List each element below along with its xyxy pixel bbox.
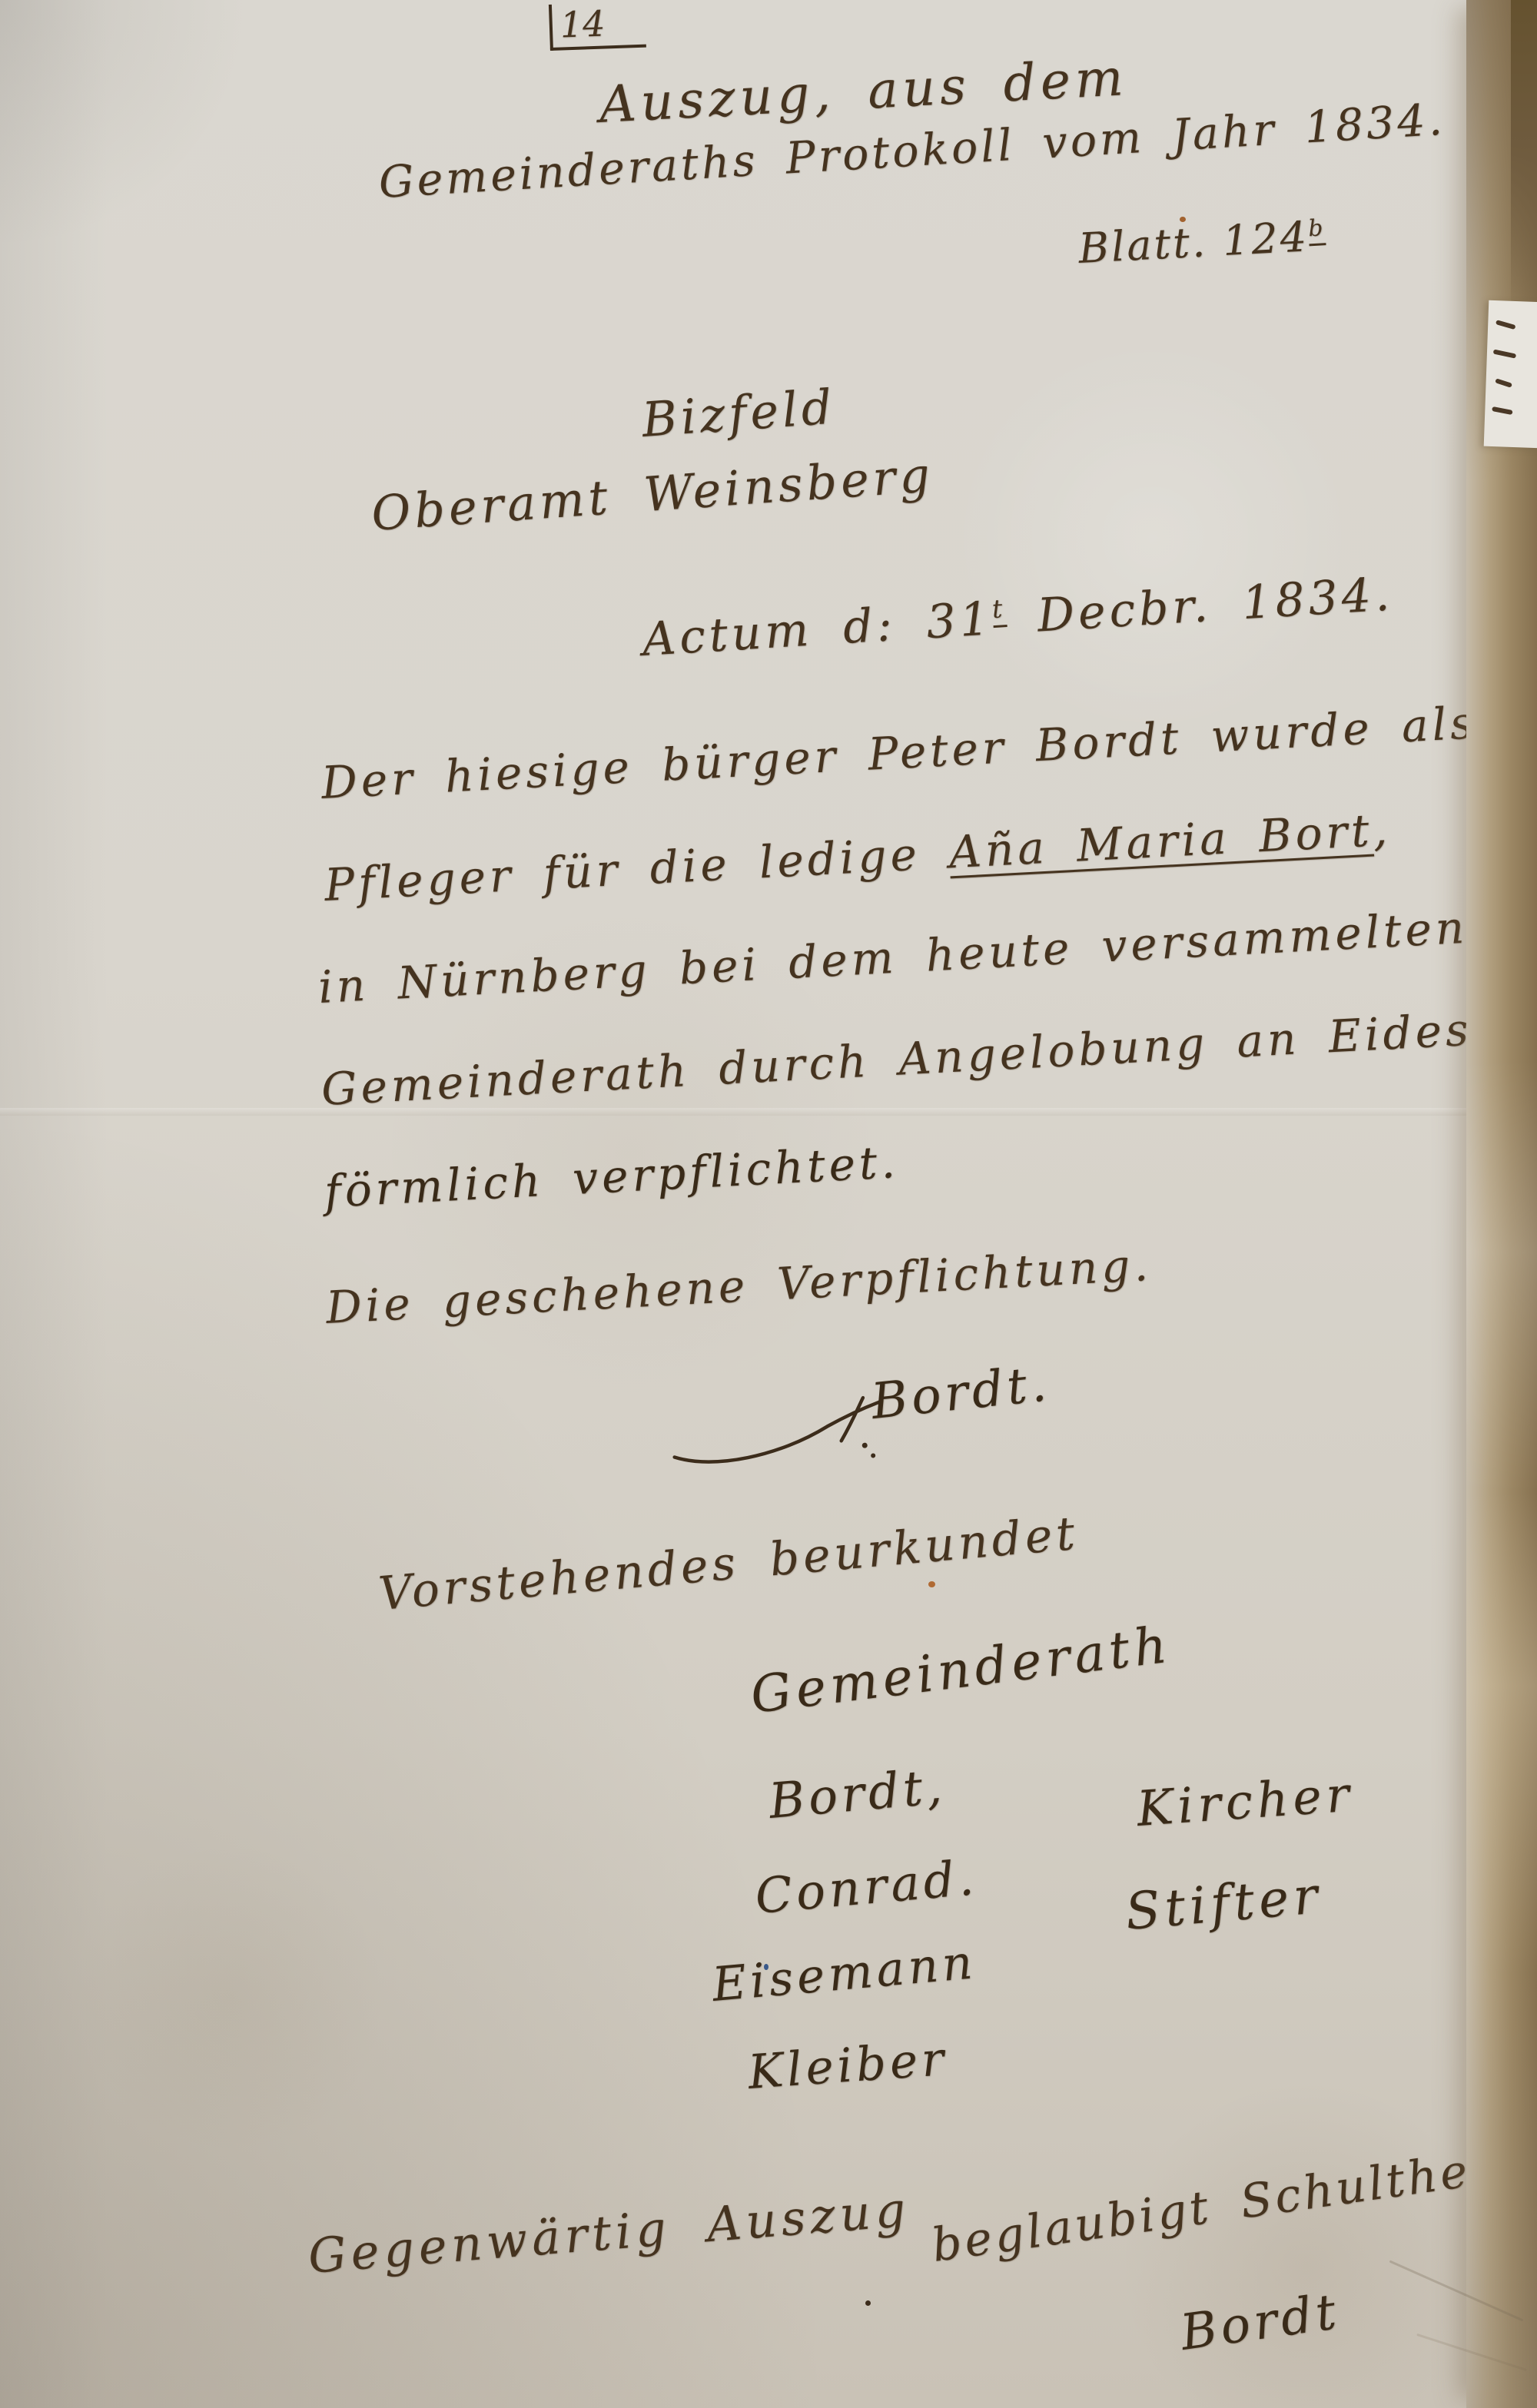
- oberamt-line: Oberamt Weinsberg: [370, 446, 935, 542]
- manuscript-page: 14 Auszug, aus dem Gemeinderaths Protoko…: [0, 0, 1537, 2408]
- actum-pre: Actum d: 31: [641, 592, 994, 667]
- body-line-2-post: ,: [1372, 803, 1393, 856]
- body-line-4: Gemeinderath durch Angelobung an Eidesst…: [320, 997, 1537, 1116]
- blatt-label: Blatt. 124: [1077, 212, 1310, 273]
- adjacent-page-ink-marks: [1492, 406, 1513, 415]
- adjacent-page-sliver: [1484, 300, 1537, 448]
- actum-superscript: t: [991, 593, 1008, 628]
- adjacent-page-ink-marks: [1495, 378, 1512, 388]
- council-heading: Gemeinderath: [748, 1615, 1175, 1725]
- blue-speck: [764, 1964, 768, 1970]
- body-line-1: Der hiesige bürger Peter Bordt wurde als: [320, 696, 1478, 809]
- member-signature: Stifter: [1123, 1866, 1324, 1942]
- attestation-line: Vorstehendes beurkundet: [377, 1507, 1081, 1621]
- adjacent-page-ink-marks: [1496, 320, 1516, 330]
- footer-signature: Bordt: [1177, 2284, 1343, 2362]
- body-line-3: in Nürnberg bei dem heute versammelten: [317, 901, 1469, 1013]
- footer-right: beglaubigt Schultheiß: [928, 2137, 1525, 2273]
- blatt-reference: Blatt. 124b: [1077, 211, 1327, 273]
- place-name: Bizfeld: [640, 379, 838, 448]
- ward-name: Aña Maria Bort: [948, 804, 1374, 879]
- member-signature: Kircher: [1135, 1766, 1356, 1837]
- decision-line: Die geschehene Verpflichtung.: [324, 1239, 1153, 1334]
- member-signature: Kleiber: [746, 2032, 949, 2100]
- actum-post: Decbr. 1834.: [1036, 567, 1395, 642]
- footer-left: Gegenwärtig Auszug: [306, 2181, 911, 2284]
- adjacent-page-ink-marks: [1493, 350, 1517, 359]
- folio-number: 14: [549, 2, 646, 51]
- body-line-2: Pfleger für die ledige Aña Maria Bort,: [323, 803, 1392, 911]
- body-line-5: förmlich verpflichtet.: [323, 1136, 900, 1218]
- body-line-2-pre: Pfleger für die ledige: [323, 828, 921, 911]
- member-signature: Eisemann: [710, 1935, 978, 2012]
- actum-line: Actum d: 31t Decbr. 1834.: [641, 567, 1395, 667]
- member-signature: Bordt,: [767, 1758, 948, 1829]
- ink-dot: [865, 2300, 871, 2306]
- book-edge-dark-corner: [1511, 0, 1537, 323]
- clerk-signature: Bordt.: [868, 1355, 1053, 1431]
- foxing-speck: [928, 1581, 935, 1587]
- blatt-superscript: b: [1307, 214, 1326, 246]
- member-signature: Conrad.: [753, 1849, 980, 1925]
- paper-crease: [0, 1108, 1466, 1116]
- foxing-speck: [1180, 217, 1186, 222]
